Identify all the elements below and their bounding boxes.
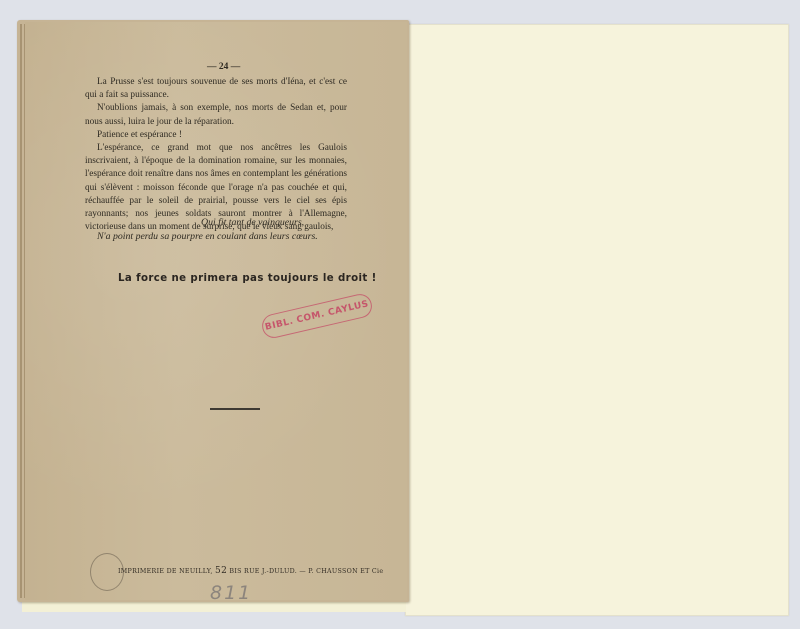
pencil-note: 811 <box>210 582 252 604</box>
paragraph: N'oublions jamais, à son exemple, nos mo… <box>85 102 347 128</box>
paragraph: Patience et espérance ! <box>85 129 347 142</box>
imprint-number: 52 <box>215 566 227 576</box>
horizontal-rule <box>210 408 260 410</box>
imprint-suffix: BIS RUE J.-DULUD. — P. CHAUSSON ET Cie <box>229 568 383 575</box>
spine-edge-line <box>20 24 22 598</box>
body-text: La Prusse s'est toujours souvenue de ses… <box>85 76 347 234</box>
blank-right-page <box>405 24 789 616</box>
booklet: — 24 — La Prusse s'est toujours souvenue… <box>17 20 409 602</box>
printer-imprint: IMPRIMERIE DE NEUILLY, 52 BIS RUE J.-DUL… <box>118 566 383 576</box>
verse-line: N'a point perdu sa pourpre en coulant da… <box>97 231 318 242</box>
page-number: — 24 — <box>207 62 240 72</box>
imprint-prefix: IMPRIMERIE DE NEUILLY, <box>118 568 213 575</box>
verse-line: Qui fit tant de vainqueurs, <box>201 217 304 228</box>
motto: La force ne primera pas toujours le droi… <box>118 273 377 284</box>
paragraph: La Prusse s'est toujours souvenue de ses… <box>85 76 347 102</box>
